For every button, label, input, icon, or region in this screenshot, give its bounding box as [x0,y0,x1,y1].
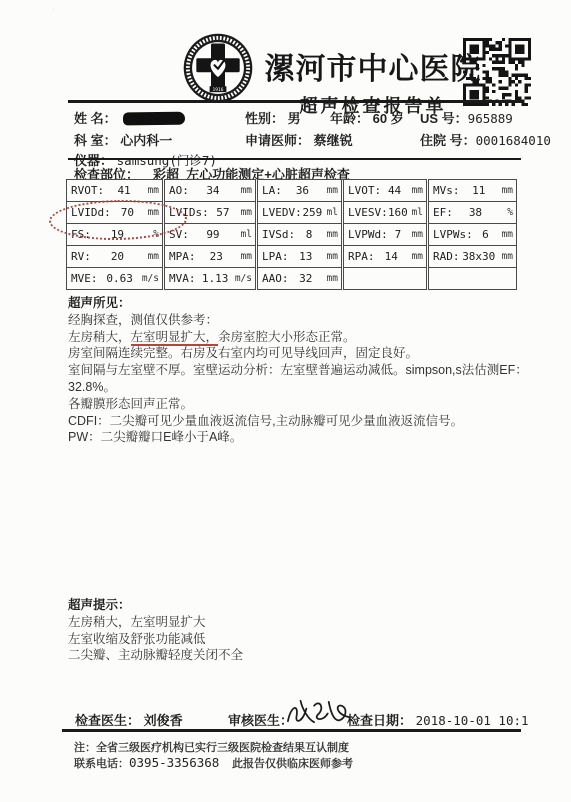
finding-line: 左房稍大，左室明显扩大，余房室腔大小形态正常。 [68,329,530,346]
logo-year-text: 1916 [213,87,224,93]
suggestion-line: 左室收缩及舒张功能减低 [68,631,530,648]
name-field: 姓 名： [74,108,185,127]
footer-disclaimer: 此报告仅供临床医师参考 [232,755,353,771]
suggestion-line: 左房稍大，左室明显扩大 [68,614,530,631]
footer-divider [62,729,521,732]
finding-line: PW：二尖瓣瓣口E峰小于A峰。 [68,429,530,446]
measurement-cell: LVEDV:259ml [257,201,342,224]
patient-row-1: 姓 名： 性别： 男 年龄： 60 岁 US 号：965889 [68,108,528,128]
measurement-cell: AO:34mm [164,179,256,202]
finding-line: 房室间隔连续完整。右房及右室内均可见导线回声，固定良好。 [68,345,530,362]
measurement-cell: LVPWd:7mm [343,223,427,246]
finding-line: 32.8%。 [68,379,530,396]
hospital-logo-icon: 1916 [183,33,253,103]
finding-line: CDFI：二尖瓣可见少量血液返流信号,主动脉瓣可见少量血液返流信号。 [68,413,530,430]
measurement-cell: LVESV:160ml [343,201,427,224]
info-divider [68,158,521,160]
measurement-cell: LPA:13mm [257,245,342,268]
suggestion-line: 二尖瓣、主动脉瓣轻度关闭不全 [68,647,530,664]
ultrasound-report-page: · 1916 漯河市中心医院 超声检查报告单 姓 名： 性别： 男 年龄： 60… [0,0,571,802]
findings-lines: 经胸探查，测值仅供参考：左房稍大，左室明显扩大，余房室腔大小形态正常。房室间隔连… [68,312,530,446]
department-field: 科 室： 心内科一 [74,130,172,149]
admission-number-field: 住院 号：0001684010 [420,130,551,149]
finding-line: 各瓣膜形态回声正常。 [68,396,530,413]
measurement-cell [428,267,517,290]
contact-phone: 联系电话：0395-3356368 [74,755,219,771]
measurement-cell: MPA:23mm [164,245,256,268]
exam-doctor-field: 检查医生： 刘俊香 [75,710,183,729]
patient-row-2: 科 室： 心内科一 申请医师： 蔡继锐 住院 号：0001684010 [68,130,528,150]
gender-field: 性别： 男 [245,108,301,127]
header-title-block: 漯河市中心医院 超声检查报告单 [255,44,491,118]
measurement-cell: RPA:14mm [343,245,427,268]
finding-line: 经胸探查，测值仅供参考： [68,312,530,329]
review-doctor-label: 审核医生： [228,710,293,729]
suggestions-heading: 超声提示： [68,597,530,614]
measurement-cell: LVPWs:6mm [428,223,517,246]
findings-section: 超声所见： 经胸探查，测值仅供参考：左房稍大，左室明显扩大，余房室腔大小形态正常… [68,295,530,446]
measurement-cell [343,267,427,290]
measurement-cell: AAO:32mm [257,267,342,290]
measurement-cell: MVA:1.13m/s [164,267,256,290]
finding-line: 室间隔与左室壁不厚。室壁运动分析：左室壁普遍运动减低。simpson,s法估测E… [68,362,530,379]
measurement-cell: RAD:38x30mm [428,245,517,268]
suggestions-section: 超声提示： 左房稍大，左室明显扩大左室收缩及舒张功能减低二尖瓣、主动脉瓣轻度关闭… [68,597,530,664]
findings-heading: 超声所见： [68,295,530,312]
requesting-doctor-field: 申请医师： 蔡继锐 [245,130,353,149]
reviewer-signature [285,696,353,732]
qr-code [463,37,531,107]
measurement-cell: MVE:0.63m/s [66,267,163,290]
measurement-cell: LA:36mm [257,179,342,202]
header-divider [68,100,521,103]
suggestion-lines: 左房稍大，左室明显扩大左室收缩及舒张功能减低二尖瓣、主动脉瓣轻度关闭不全 [68,614,530,664]
red-underlined-text: 左室明显扩大， [131,330,219,346]
us-number-field: US 号：965889 [420,108,513,127]
footer-note: 注：全省三级医疗机构已实行三级医院检查结果互认制度 [74,739,349,755]
measurement-cell: IVSd:8mm [257,223,342,246]
age-field: 年龄： 60 岁 [330,108,404,127]
measurement-cell: MVs:11mm [428,179,517,202]
measurement-cell: LVOT:44mm [343,179,427,202]
measurement-cell: RVOT:41mm [66,179,163,202]
redacted-name [123,112,185,126]
measurement-cell: RV:20mm [66,245,163,268]
hospital-name: 漯河市中心医院 [255,44,491,88]
measurement-cell: EF:38% [428,201,517,224]
scan-artifact: · [52,4,55,15]
exam-date-field: 检查日期： 2018-10-01 10:1 [347,710,529,729]
